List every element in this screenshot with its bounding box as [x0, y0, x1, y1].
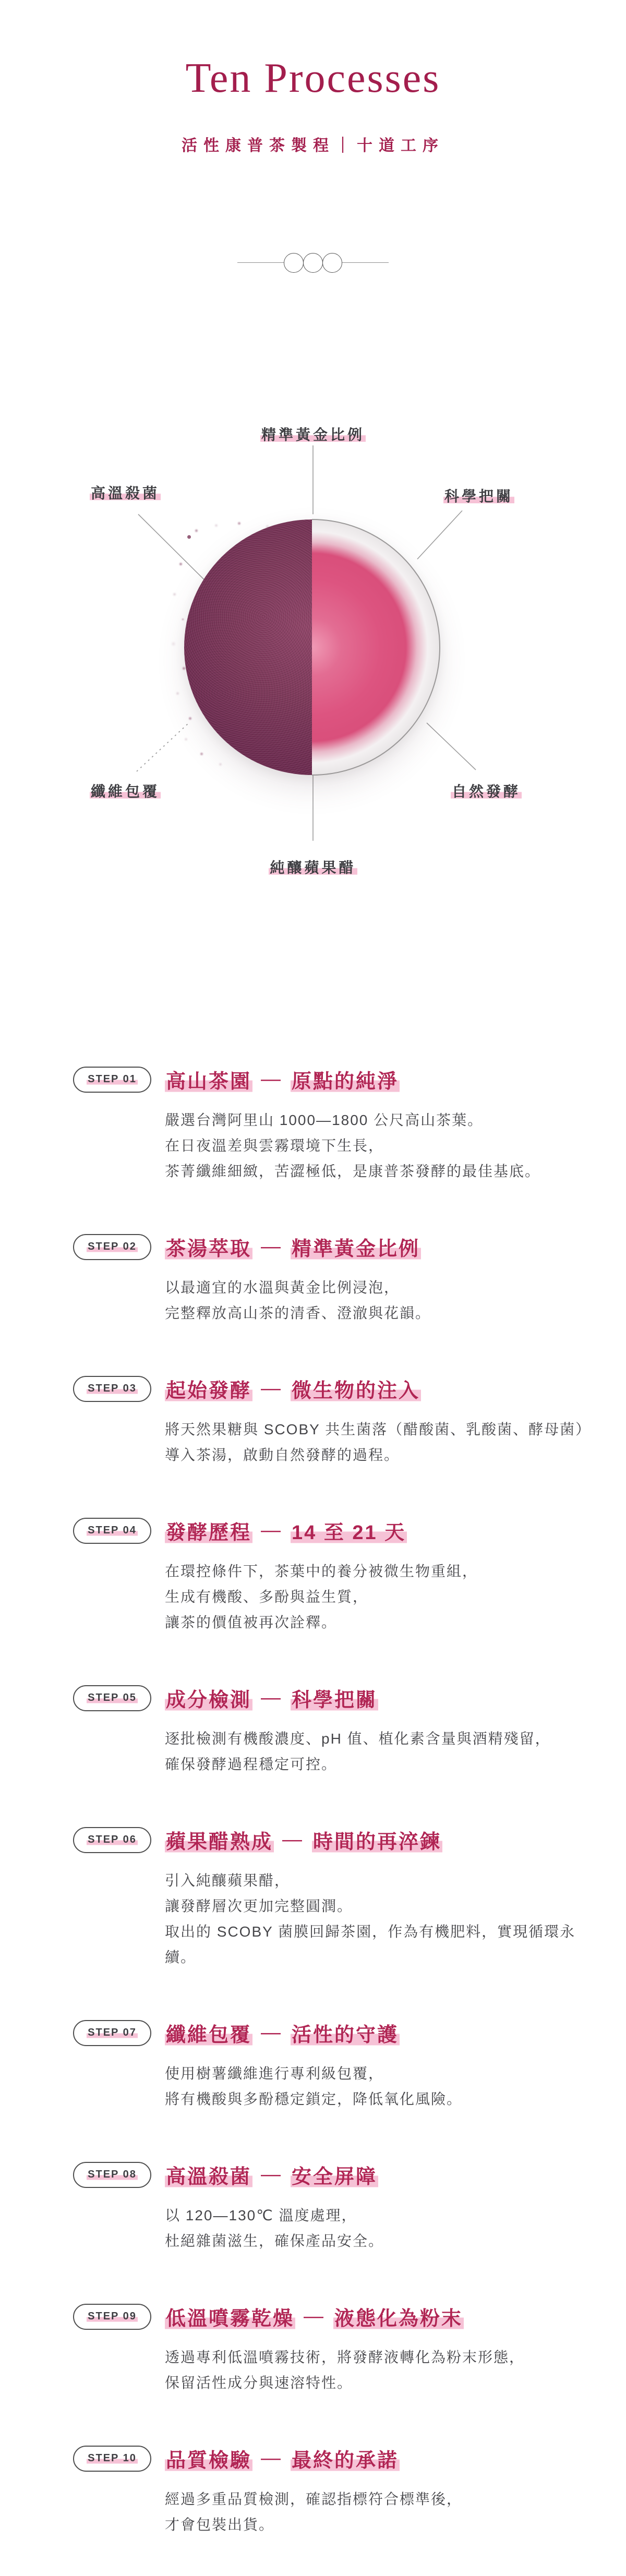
step-body: 透過專利低溫噴霧技術，將發酵液轉化為粉末形態，保留活性成分與速溶特性。	[165, 2344, 605, 2396]
step-body: 在環控條件下，茶葉中的養分被微生物重組，生成有機酸、多酚與益生質，讓茶的價值被再…	[165, 1558, 605, 1635]
step-body-line: 透過專利低溫噴霧技術，將發酵液轉化為粉末形態，	[165, 2344, 605, 2370]
step-badge-label: STEP 10	[87, 2452, 138, 2464]
step-body: 以 120—130℃ 溫度處理，杜絕雜菌滋生，確保產品安全。	[165, 2203, 605, 2254]
step-body: 引入純釀蘋果醋，讓發酵層次更加完整圓潤。取出的 SCOBY 菌膜回歸茶園，作為有…	[165, 1868, 605, 1970]
page-header: Ten Processes 活性康普茶製程｜十道工序	[0, 0, 626, 155]
step-header: STEP 07 纖維包覆 — 活性的守護	[73, 2018, 605, 2047]
diagram-label-bottom: 純釀蘋果醋	[0, 856, 626, 877]
page: Ten Processes 活性康普茶製程｜十道工序 精準黃金比例 高溫殺菌 科…	[0, 0, 626, 2576]
step-body-line: 讓發酵層次更加完整圓潤。	[165, 1893, 605, 1919]
diagram-label-upper-right: 科學把關	[443, 485, 514, 506]
diagram-label-text: 精準黃金比例	[260, 427, 366, 443]
page-subtitle: 活性康普茶製程｜十道工序	[0, 132, 626, 155]
step-title: 起始發酵 — 微生物的注入	[165, 1374, 421, 1403]
step-section: STEP 07 纖維包覆 — 活性的守護 使用樹薯纖維進行專利級包覆，將有機酸與…	[73, 2018, 605, 2112]
step-body: 使用樹薯纖維進行專利級包覆，將有機酸與多酚穩定鎖定，降低氧化風險。	[165, 2061, 605, 2112]
step-title-dash: —	[261, 1377, 282, 1400]
step-title-sub: 14 至 21 天	[291, 1516, 407, 1545]
step-badge: STEP 08	[73, 2162, 151, 2188]
step-header: STEP 05 成分檢測 — 科學把關	[73, 1684, 605, 1712]
step-badge: STEP 07	[73, 2020, 151, 2046]
diagram-label-top: 精準黃金比例	[0, 424, 626, 444]
step-body-line: 導入茶湯，啟動自然發酵的過程。	[165, 1442, 605, 1468]
step-title-dash: —	[304, 2305, 325, 2328]
step-title: 高溫殺菌 — 安全屏障	[165, 2160, 378, 2189]
step-title-dash: —	[261, 1519, 282, 1542]
step-body-line: 確保發酵過程穩定可控。	[165, 1751, 605, 1777]
connector-upper-left-line	[138, 514, 204, 580]
diagram-label-upper-left: 高溫殺菌	[90, 482, 161, 503]
step-title: 成分檢測 — 科學把關	[165, 1684, 378, 1712]
step-body: 以最適宜的水溫與黃金比例浸泡，完整釋放高山茶的清香、澄澈與花韻。	[165, 1275, 605, 1326]
step-title-sub: 安全屏障	[291, 2160, 378, 2189]
page-title: Ten Processes	[0, 54, 626, 102]
diagram-label-text: 科學把關	[443, 488, 514, 504]
step-title: 纖維包覆 — 活性的守護	[165, 2018, 400, 2047]
step-badge: STEP 01	[73, 1067, 151, 1093]
step-section: STEP 09 低溫噴霧乾燥 — 液態化為粉末 透過專利低溫噴霧技術，將發酵液轉…	[73, 2302, 605, 2396]
step-body-line: 將天然果糖與 SCOBY 共生菌落（醋酸菌、乳酸菌、酵母菌）	[165, 1417, 605, 1442]
step-badge: STEP 02	[73, 1234, 151, 1260]
connector-lower-left-line	[137, 723, 189, 771]
step-section: STEP 03 起始發酵 — 微生物的注入 將天然果糖與 SCOBY 共生菌落（…	[73, 1374, 605, 1468]
step-title: 低溫噴霧乾燥 — 液態化為粉末	[165, 2302, 464, 2331]
step-badge: STEP 09	[73, 2304, 151, 2330]
step-badge-label: STEP 02	[87, 1241, 138, 1253]
step-body-line: 杜絕雜菌滋生，確保產品安全。	[165, 2228, 605, 2254]
step-body-line: 讓茶的價值被再次詮釋。	[165, 1610, 605, 1635]
step-body-line: 在環控條件下，茶葉中的養分被微生物重組，	[165, 1558, 605, 1584]
step-header: STEP 08 高溫殺菌 — 安全屏障	[73, 2160, 605, 2189]
step-body-line: 才會包裝出貨。	[165, 2512, 605, 2537]
step-title-sub: 時間的再淬鍊	[312, 1825, 442, 1854]
step-badge-label: STEP 05	[87, 1692, 138, 1704]
step-badge-label: STEP 09	[87, 2311, 138, 2323]
step-section: STEP 01 高山茶園 — 原點的純淨 嚴選台灣阿里山 1000—1800 公…	[73, 1065, 605, 1184]
diagram-label-lower-right: 自然發酵	[451, 780, 522, 801]
step-title-sub: 原點的純淨	[291, 1065, 400, 1094]
step-title-dash: —	[261, 2022, 282, 2044]
connector-lower-right-line	[427, 723, 476, 770]
step-title-dash: —	[282, 1829, 304, 1851]
divider-circle	[284, 253, 304, 273]
step-section: STEP 05 成分檢測 — 科學把關 逐批檢測有機酸濃度、pH 值、植化素含量…	[73, 1684, 605, 1777]
step-badge-label: STEP 03	[87, 1383, 138, 1395]
step-body-line: 以最適宜的水溫與黃金比例浸泡，	[165, 1275, 605, 1300]
step-body-line: 取出的 SCOBY 菌膜回歸茶園，作為有機肥料，實現循環永續。	[165, 1919, 605, 1970]
step-section: STEP 04 發酵歷程 — 14 至 21 天 在環控條件下，茶葉中的養分被微…	[73, 1516, 605, 1635]
step-title-dash: —	[261, 1236, 282, 1258]
step-title-main: 成分檢測	[165, 1684, 252, 1712]
step-badge: STEP 10	[73, 2446, 151, 2472]
step-body-line: 茶菁纖維細緻，苦澀極低，是康普茶發酵的最佳基底。	[165, 1158, 605, 1184]
connector-upper-right-line	[417, 511, 462, 559]
step-header: STEP 06 蘋果醋熟成 — 時間的再淬鍊	[73, 1825, 605, 1854]
step-section: STEP 10 品質檢驗 — 最終的承諾 經過多重品質檢測，確認指標符合標準後，…	[73, 2444, 605, 2537]
step-title: 發酵歷程 — 14 至 21 天	[165, 1516, 407, 1545]
step-header: STEP 01 高山茶園 — 原點的純淨	[73, 1065, 605, 1094]
step-body-line: 保留活性成分與速溶特性。	[165, 2370, 605, 2396]
step-body: 將天然果糖與 SCOBY 共生菌落（醋酸菌、乳酸菌、酵母菌）導入茶湯，啟動自然發…	[165, 1417, 605, 1468]
step-body-line: 以 120—130℃ 溫度處理，	[165, 2203, 605, 2228]
step-body: 經過多重品質檢測，確認指標符合標準後，才會包裝出貨。	[165, 2486, 605, 2537]
step-badge-label: STEP 06	[87, 1834, 138, 1846]
step-title: 茶湯萃取 — 精準黃金比例	[165, 1232, 421, 1261]
step-title-main: 品質檢驗	[165, 2444, 252, 2473]
step-body-line: 使用樹薯纖維進行專利級包覆，	[165, 2061, 605, 2086]
step-title: 蘋果醋熟成 — 時間的再淬鍊	[165, 1825, 442, 1854]
step-title-sub: 液態化為粉末	[333, 2302, 464, 2331]
step-body-line: 將有機酸與多酚穩定鎖定，降低氧化風險。	[165, 2086, 605, 2112]
diagram-label-text: 纖維包覆	[90, 783, 161, 800]
step-title-dash: —	[261, 1687, 282, 1709]
step-badge: STEP 06	[73, 1827, 151, 1853]
kombucha-powder-liquid-photo	[184, 519, 440, 775]
steps-list: STEP 01 高山茶園 — 原點的純淨 嚴選台灣阿里山 1000—1800 公…	[0, 1065, 626, 2537]
step-header: STEP 02 茶湯萃取 — 精準黃金比例	[73, 1232, 605, 1261]
step-badge-label: STEP 07	[87, 2027, 138, 2039]
section-divider	[237, 252, 389, 273]
step-title: 品質檢驗 — 最終的承諾	[165, 2444, 400, 2473]
step-title-dash: —	[261, 2163, 282, 2186]
step-title-main: 發酵歷程	[165, 1516, 252, 1545]
divider-circle	[303, 253, 323, 273]
step-header: STEP 09 低溫噴霧乾燥 — 液態化為粉末	[73, 2302, 605, 2331]
diagram-label-text: 純釀蘋果醋	[269, 860, 357, 876]
step-title: 高山茶園 — 原點的純淨	[165, 1065, 400, 1094]
step-title-main: 高山茶園	[165, 1065, 252, 1094]
step-badge-label: STEP 04	[87, 1525, 138, 1537]
step-title-main: 茶湯萃取	[165, 1232, 252, 1261]
step-title-sub: 最終的承諾	[291, 2444, 400, 2473]
step-badge: STEP 05	[73, 1685, 151, 1711]
step-body-line: 逐批檢測有機酸濃度、pH 值、植化素含量與酒精殘留，	[165, 1726, 605, 1751]
step-title-main: 起始發酵	[165, 1374, 252, 1403]
step-section: STEP 02 茶湯萃取 — 精準黃金比例 以最適宜的水溫與黃金比例浸泡，完整釋…	[73, 1232, 605, 1326]
step-body-line: 引入純釀蘋果醋，	[165, 1868, 605, 1893]
step-title-sub: 活性的守護	[291, 2018, 400, 2047]
step-title-main: 纖維包覆	[165, 2018, 252, 2047]
step-body-line: 在日夜溫差與雲霧環境下生長，	[165, 1133, 605, 1158]
step-title-dash: —	[261, 2447, 282, 2470]
step-title-main: 低溫噴霧乾燥	[165, 2302, 295, 2331]
step-badge-label: STEP 08	[87, 2169, 138, 2181]
process-diagram: 精準黃金比例 高溫殺菌 科學把關 纖維包覆 自然發酵 純釀蘋果醋	[0, 273, 626, 925]
step-title-sub: 科學把關	[291, 1684, 378, 1712]
step-body-line: 完整釋放高山茶的清香、澄澈與花韻。	[165, 1300, 605, 1326]
step-title-main: 蘋果醋熟成	[165, 1825, 274, 1854]
step-section: STEP 06 蘋果醋熟成 — 時間的再淬鍊 引入純釀蘋果醋，讓發酵層次更加完整…	[73, 1825, 605, 1970]
step-body: 逐批檢測有機酸濃度、pH 值、植化素含量與酒精殘留，確保發酵過程穩定可控。	[165, 1726, 605, 1777]
step-header: STEP 03 起始發酵 — 微生物的注入	[73, 1374, 605, 1403]
divider-circle	[322, 253, 342, 273]
step-title-sub: 微生物的注入	[291, 1374, 421, 1403]
step-header: STEP 10 品質檢驗 — 最終的承諾	[73, 2444, 605, 2473]
step-badge: STEP 04	[73, 1518, 151, 1544]
step-title-main: 高溫殺菌	[165, 2160, 252, 2189]
step-body-line: 經過多重品質檢測，確認指標符合標準後，	[165, 2486, 605, 2512]
diagram-label-text: 自然發酵	[451, 783, 522, 800]
step-body-line: 嚴選台灣阿里山 1000—1800 公尺高山茶葉。	[165, 1107, 605, 1133]
diagram-label-text: 高溫殺菌	[90, 485, 161, 501]
step-body-line: 生成有機酸、多酚與益生質，	[165, 1584, 605, 1610]
step-badge: STEP 03	[73, 1376, 151, 1402]
step-title-dash: —	[261, 1068, 282, 1091]
step-title-sub: 精準黃金比例	[291, 1232, 421, 1261]
step-badge-label: STEP 01	[87, 1073, 138, 1085]
step-header: STEP 04 發酵歷程 — 14 至 21 天	[73, 1516, 605, 1545]
step-body: 嚴選台灣阿里山 1000—1800 公尺高山茶葉。在日夜溫差與雲霧環境下生長，茶…	[165, 1107, 605, 1184]
diagram-label-lower-left: 纖維包覆	[90, 780, 161, 801]
step-section: STEP 08 高溫殺菌 — 安全屏障 以 120—130℃ 溫度處理，杜絕雜菌…	[73, 2160, 605, 2254]
